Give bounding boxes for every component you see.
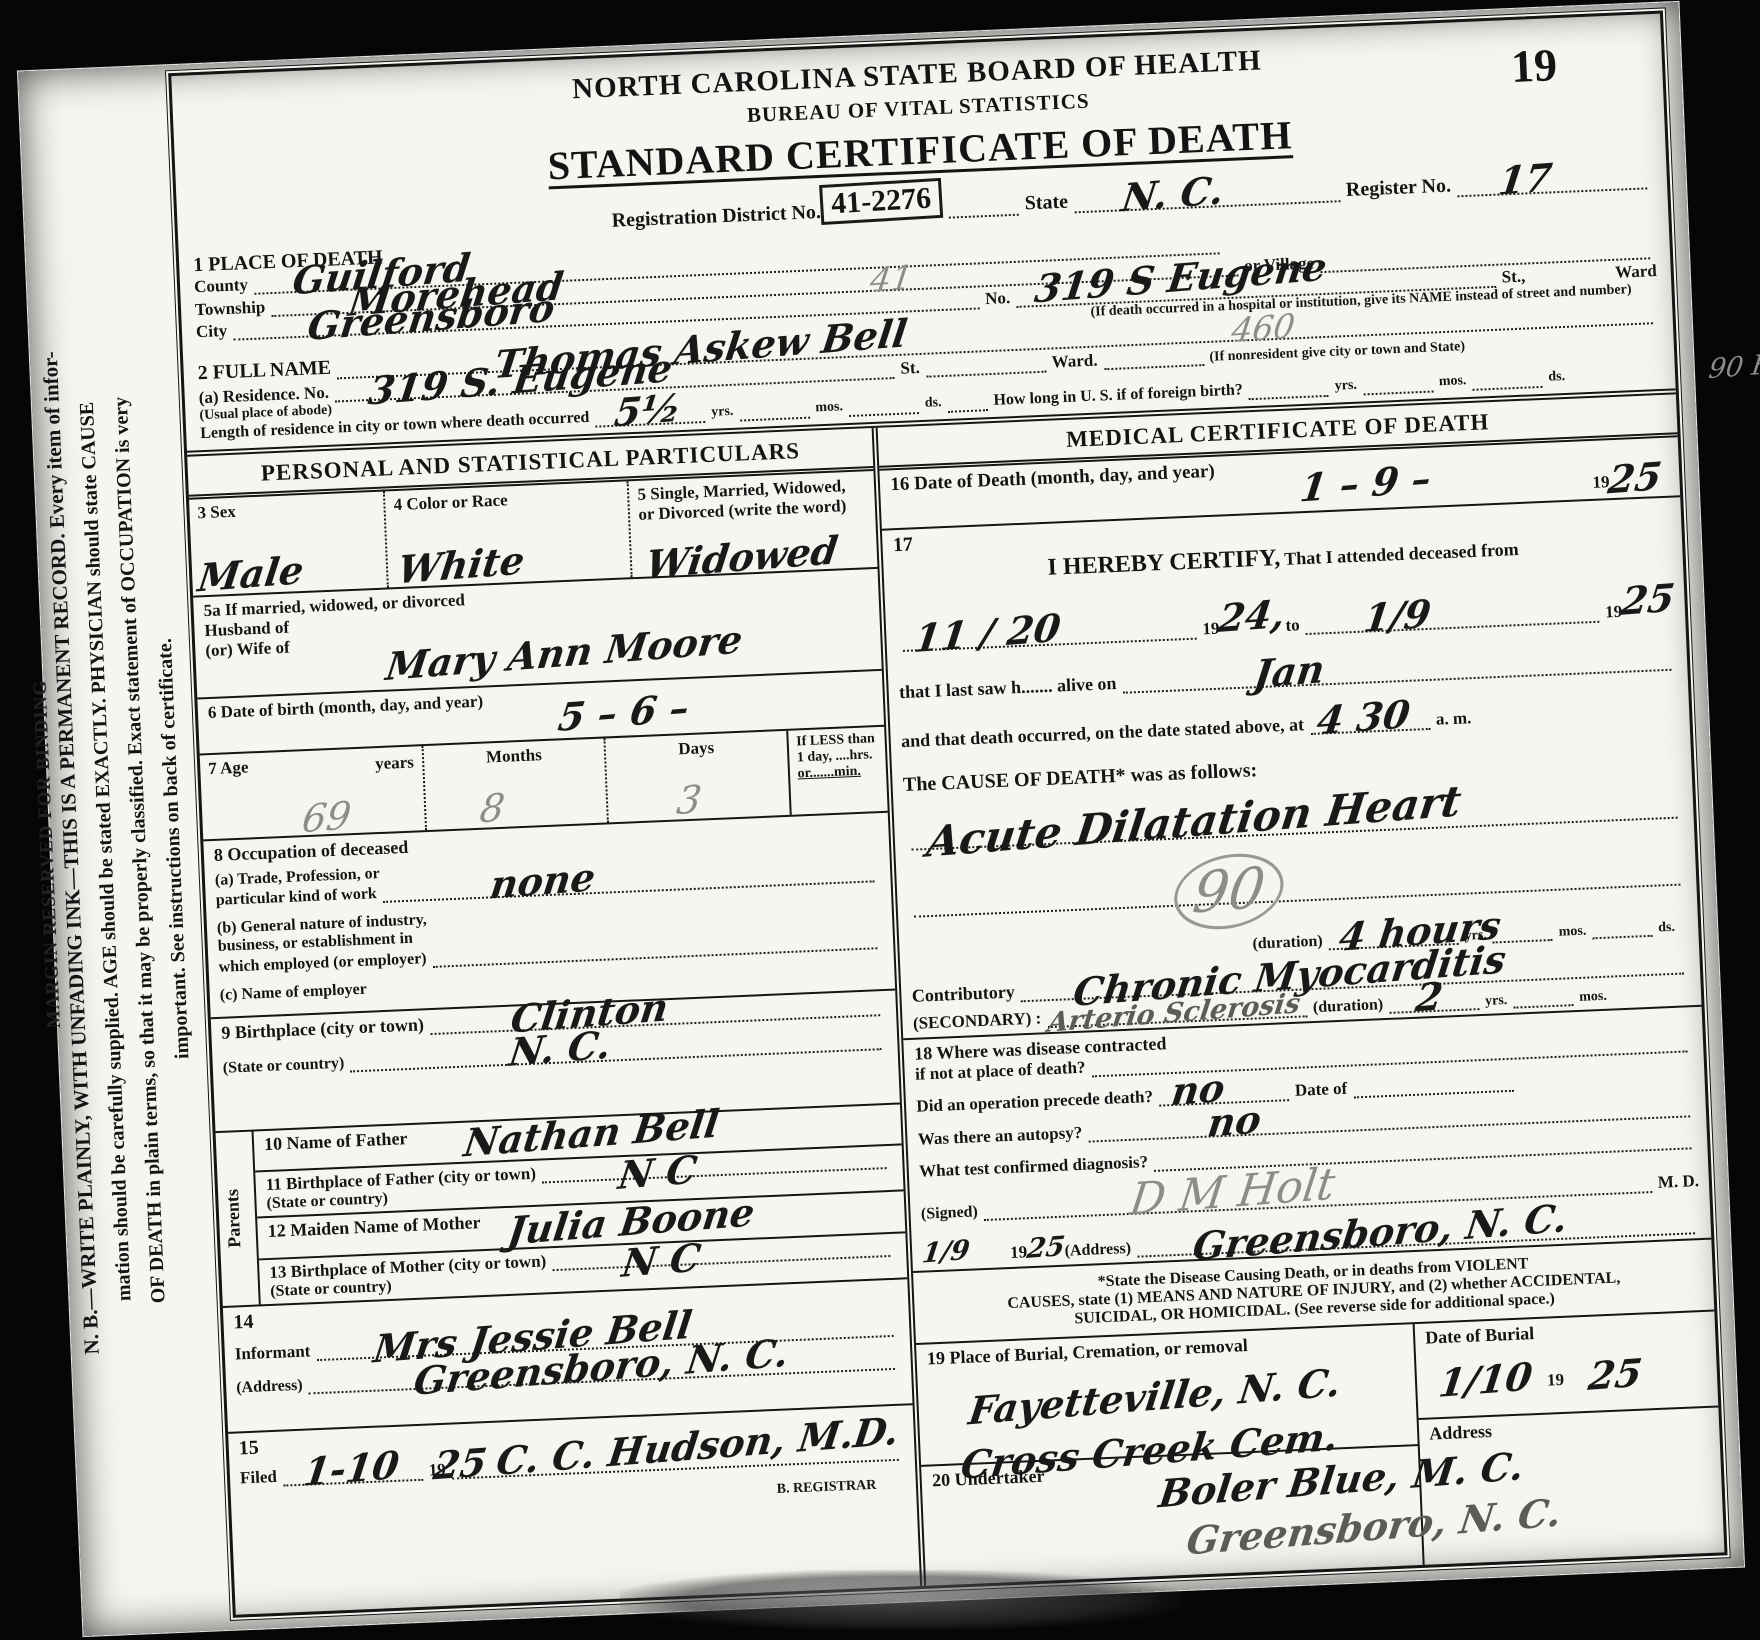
parents-label: Parents: [222, 1189, 245, 1248]
ward-label: Ward: [1615, 261, 1657, 283]
signed-address-label: (Address): [1064, 1240, 1131, 1261]
length-yrs: yrs.: [711, 404, 734, 421]
am-label: a. m.: [1435, 708, 1471, 729]
residence-ward-label: Ward.: [1051, 350, 1098, 372]
certify-block: 17 I HEREBY CERTIFY, That I attended dec…: [882, 497, 1701, 1040]
st-label: St.,: [1501, 267, 1525, 288]
cause-of-death-value: Acute Dilatation Heart: [924, 780, 1463, 864]
certify-bold-label: I HEREBY CERTIFY,: [1047, 545, 1281, 581]
color-race-label: 4 Color or Race: [393, 490, 508, 514]
sex-label: 3 Sex: [197, 502, 236, 523]
death-time-value: 4 30: [1314, 695, 1411, 741]
ifless-label-2: 1 day, ....hrs.: [797, 747, 878, 766]
secondary-label: (SECONDARY) :: [913, 1008, 1042, 1033]
undertaker-address-cell: Address: [1419, 1408, 1725, 1565]
occupation-a-label-2: particular kind of work: [215, 886, 377, 911]
last-saw-label: that I last saw h....... alive on: [899, 673, 1117, 703]
father-label: 10 Name of Father: [264, 1128, 408, 1154]
personal-column: PERSONAL AND STATISTICAL PARTICULARS 3 S…: [187, 428, 926, 1615]
age-days-value: 3: [674, 780, 703, 820]
informant-label: Informant: [234, 1342, 310, 1365]
certificate-paper: MARGIN RESERVED FOR BINDING N. B.—WRITE …: [18, 2, 1744, 1636]
dod-year-hw: 25: [1606, 457, 1664, 500]
mother-bp-value: N C: [619, 1238, 702, 1283]
age-years-value: 69: [300, 796, 353, 838]
age-days-label: Days: [678, 738, 715, 758]
scan-smudge: [620, 1570, 1180, 1630]
howlong-mos: mos.: [1438, 373, 1466, 390]
city-label: City: [196, 321, 228, 342]
q18-block: 18 Where was disease contracted if not a…: [904, 1006, 1712, 1273]
birthplace-state-value: N. C.: [507, 1026, 613, 1072]
date-of-death-value: 1 – 9 –: [1298, 459, 1433, 508]
autopsy-value: no: [1206, 1100, 1264, 1143]
cause-code-pencil: 90: [1170, 850, 1289, 933]
father-bp-value: N C: [616, 1151, 699, 1196]
state-value: N. C.: [1119, 171, 1225, 217]
burial-year-printed: 19: [1547, 1370, 1565, 1391]
birthplace-label: 9 Birthplace (city or town): [221, 1014, 424, 1043]
dob-value: 5 – 6 –: [556, 688, 691, 737]
duration2-value: 2: [1413, 976, 1445, 1017]
page-number: 19: [1510, 38, 1558, 93]
ifless-label-3: or.......min.: [797, 763, 878, 782]
sex-value: Male: [196, 551, 306, 598]
register-label: Register No.: [1345, 175, 1451, 202]
age-years-label: years: [375, 752, 415, 774]
undertaker-address-label: Address: [1429, 1421, 1492, 1444]
attended-from-value: 11 / 20: [912, 608, 1063, 658]
filed-label: Filed: [240, 1467, 278, 1489]
mother-bp-state-label: (State or country): [270, 1278, 392, 1300]
duration2-mos: mos.: [1579, 988, 1607, 1005]
burial-place-cell: 19 Place of Burial, Cremation, or remova…: [916, 1325, 1419, 1467]
age-months-label: Months: [486, 745, 542, 766]
undertaker-cell: 20 Undertaker Boler Blue, M. C. Greensbo…: [922, 1446, 1425, 1586]
death-occurred-label: and that death occurred, on the date sta…: [901, 714, 1305, 752]
full-name-pencil: 460: [1229, 309, 1296, 347]
township-label: Township: [195, 297, 266, 320]
duration2-yrs: yrs.: [1485, 992, 1508, 1009]
duration-ds: ds.: [1658, 920, 1675, 937]
length-ds: ds.: [925, 395, 942, 412]
test-label: What test confirmed diagnosis?: [919, 1152, 1149, 1182]
autopsy-label: Was there an autopsy?: [917, 1123, 1082, 1150]
age-months-value: 8: [477, 788, 506, 828]
mother-label: 12 Maiden Name of Mother: [267, 1213, 481, 1242]
from-year-hw: 24,: [1216, 594, 1287, 638]
burial-undertaker-block: 19 Place of Burial, Cremation, or remova…: [916, 1312, 1724, 1586]
undertaker-label: 20 Undertaker: [932, 1465, 1045, 1490]
informant-address-label: (Address): [236, 1376, 303, 1397]
operation-dateof-label: Date of: [1294, 1079, 1347, 1101]
to-label: to: [1285, 615, 1300, 636]
age-label: 7 Age: [208, 757, 249, 778]
length-mos: mos.: [815, 399, 843, 416]
occupation-value: none: [488, 858, 598, 905]
scanned-death-certificate: MARGIN RESERVED FOR BINDING N. B.—WRITE …: [0, 0, 1760, 1640]
length-value: 5½: [612, 389, 683, 433]
duration2-label: (duration): [1313, 996, 1384, 1017]
md-label: M. D.: [1657, 1172, 1699, 1194]
signed-label: (Signed): [921, 1204, 979, 1224]
medical-column: 90 F MEDICAL CERTIFICATE OF DEATH 16 Dat…: [878, 394, 1724, 1585]
parents-block: Parents 10 Name of Father Nathan Bell 11…: [216, 1104, 908, 1308]
certificate-form: NORTH CAROLINA STATE BOARD OF HEALTH BUR…: [168, 11, 1727, 1618]
duration-mos: mos.: [1558, 924, 1586, 941]
certify-rest-label: That I attended deceased from: [1284, 539, 1519, 569]
county-label: County: [194, 275, 249, 297]
signed-date-value: 1/9: [921, 1237, 972, 1268]
birthplace-state-label: (State or country): [223, 1055, 345, 1078]
state-label: State: [1024, 191, 1068, 216]
burial-date-cell: Date of Burial 1/10 19 25: [1415, 1312, 1719, 1420]
register-value: 17: [1496, 158, 1554, 201]
burial-date-label: Date of Burial: [1425, 1324, 1535, 1349]
filed-year-hw: 25: [431, 1443, 489, 1486]
registrar-signature: C. C. Hudson, M.D.: [494, 1412, 901, 1481]
margin-note-line4: important. See instructions on back of c…: [154, 638, 195, 1060]
residence-st-label: St.: [900, 358, 920, 379]
last-saw-value: Jan: [1251, 650, 1326, 694]
street-no-label: No.: [985, 288, 1011, 309]
to-year-hw: 25: [1619, 578, 1677, 621]
burial-year-hw: 25: [1583, 1354, 1644, 1419]
howlong-yrs: yrs.: [1334, 377, 1357, 394]
attended-to-value: 1/9: [1362, 594, 1434, 638]
certificate-columns: PERSONAL AND STATISTICAL PARTICULARS 3 S…: [187, 388, 1724, 1614]
contributory-label: Contributory: [911, 982, 1015, 1007]
howlong-ds: ds.: [1548, 369, 1565, 386]
signed-year-hw: 25: [1025, 1233, 1066, 1263]
operation-label: Did an operation precede death?: [916, 1087, 1153, 1117]
father-bp-state-label: (State or country): [266, 1190, 388, 1212]
full-name-label: 2 FULL NAME: [197, 357, 331, 386]
filed-date-value: 1-10: [301, 1446, 401, 1492]
registration-district-value: 41-2276: [819, 178, 943, 225]
color-race-value: White: [396, 541, 527, 589]
occupation-row: 8 Occupation of deceased (a) Trade, Prof…: [203, 813, 895, 1020]
